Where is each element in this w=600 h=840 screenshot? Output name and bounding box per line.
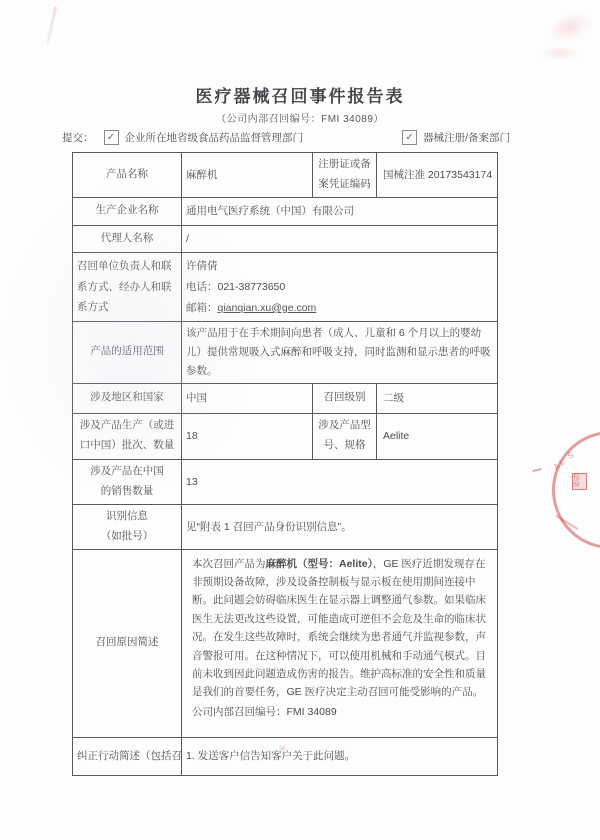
manufacturer-value: 通用电气医疗系统（中国）有限公司	[182, 197, 498, 225]
seal-arc-text: AL S	[552, 440, 600, 496]
recall-reason-value: 本次召回产品为麻醉机（型号：Aelite），GE 医疗近期发现存在非预期设备故障…	[182, 549, 498, 737]
reason-text-rest: ，GE 医疗近期发现存在非预期设备故障，涉及设备控制板与显示板在使用期间连接中断…	[192, 558, 486, 699]
reason-text-prefix: 本次召回产品为	[192, 558, 266, 570]
contact-email-line: 邮箱：qianqian.xu@ge.com	[186, 298, 493, 319]
recall-contact-value: 许倩倩 电话：021-38773650 邮箱：qianqian.xu@ge.co…	[182, 252, 498, 321]
product-name-value: 麻醉机	[182, 153, 313, 198]
table-row: 产品名称 麻醉机 注册证或备案凭证编码 国械注准 20173543174	[73, 153, 498, 198]
model-spec-label: 涉及产品型号、规格	[313, 413, 377, 459]
seal-inner-square: 检验	[572, 473, 587, 490]
recall-level-value: 二级	[377, 383, 498, 413]
contact-email-label: 邮箱：	[186, 302, 218, 314]
table-row: 代理人名称 /	[73, 225, 498, 252]
submit-option-province: 提交： ✓ 企业所在地省级食品药品监督管理部门	[62, 130, 303, 145]
recall-report-table: 产品名称 麻醉机 注册证或备案凭证编码 国械注准 20173543174 生产企…	[72, 152, 498, 776]
batch-quantity-value: 18	[182, 413, 313, 459]
recall-level-label: 召回级别	[313, 383, 377, 413]
submit-option-label: 器械注册/备案部门	[423, 130, 510, 145]
table-row: 纠正行动简述（包括召 1. 发送客户信告知客户关于此问题。	[73, 737, 498, 775]
checkmark-icon: ✓	[405, 133, 413, 143]
reason-text-bold: 麻醉机（型号：Aelite）	[266, 558, 373, 570]
identification-value: 见“附表 1 召回产品身份识别信息”。	[182, 504, 498, 549]
page-title: 医疗器械召回事件报告表	[0, 82, 600, 107]
checkbox-registration-dept[interactable]: ✓	[402, 130, 417, 145]
red-stamp-seal	[552, 431, 600, 549]
identification-label-line1: 识别信息	[77, 507, 177, 527]
model-spec-value: Aelite	[377, 413, 498, 459]
table-row: 涉及产品在中国的销售数量 13	[73, 459, 498, 504]
submit-label: 提交：	[62, 130, 94, 145]
table-row: 召回单位负责人和联系方式、经办人和联系方式 许倩倩 电话：021-3877365…	[73, 252, 498, 321]
table-row: 生产企业名称 通用电气医疗系统（中国）有限公司	[73, 197, 498, 225]
scan-artifact-red-mark	[532, 468, 543, 478]
registration-cert-value: 国械注准 20173543174	[377, 153, 498, 198]
china-sales-label: 涉及产品在中国的销售数量	[73, 459, 182, 504]
table-row: 产品的适用范围 该产品用于在手术期间向患者（成人、儿童和 6 个月以上的婴幼儿）…	[73, 321, 498, 383]
table-row: 召回原因简述 本次召回产品为麻醉机（型号：Aelite），GE 医疗近期发现存在…	[73, 549, 498, 737]
scan-artifact-stroke	[46, 6, 57, 46]
submit-to-row: 提交： ✓ 企业所在地省级食品药品监督管理部门 ✓ 器械注册/备案部门	[62, 130, 510, 145]
checkbox-province-authority[interactable]: ✓	[104, 130, 119, 145]
identification-label-line2: （如批号）	[77, 527, 177, 547]
recall-contact-label: 召回单位负责人和联系方式、经办人和联系方式	[73, 252, 182, 321]
contact-email-link[interactable]: qianqian.xu@ge.com	[218, 302, 317, 314]
table-row: 识别信息 （如批号） 见“附表 1 召回产品身份识别信息”。	[73, 504, 498, 549]
table-row: 涉及地区和国家 中国 召回级别 二级	[73, 383, 498, 413]
region-label: 涉及地区和国家	[73, 383, 182, 413]
scope-label: 产品的适用范围	[73, 321, 182, 383]
manufacturer-label: 生产企业名称	[73, 197, 182, 225]
corrective-action-value: 1. 发送客户信告知客户关于此问题。	[182, 737, 498, 775]
scan-artifact-smudge	[545, 8, 595, 46]
identification-label: 识别信息 （如批号）	[73, 504, 182, 549]
contact-phone: 电话：021-38773650	[186, 277, 493, 298]
checkmark-icon: ✓	[107, 133, 115, 143]
corrective-action-label: 纠正行动简述（包括召	[73, 737, 182, 775]
seal-arc-fragment	[555, 508, 582, 530]
registration-cert-label: 注册证或备案凭证编码	[313, 153, 377, 198]
region-value: 中国	[182, 383, 313, 413]
product-name-label: 产品名称	[73, 153, 182, 198]
agent-name-label: 代理人名称	[73, 225, 182, 252]
china-sales-value: 13	[182, 459, 498, 504]
page-subtitle: （公司内部召回编号：FMI 34089）	[0, 110, 600, 125]
table-row: 涉及产品生产（或进口中国）批次、数量 18 涉及产品型号、规格 Aelite	[73, 413, 498, 459]
internal-recall-code: 公司内部召回编号：FMI 34089	[192, 703, 489, 721]
recall-reason-label: 召回原因简述	[73, 549, 182, 737]
agent-name-value: /	[182, 225, 498, 252]
scope-value: 该产品用于在手术期间向患者（成人、儿童和 6 个月以上的婴幼儿）提供常规吸入式麻…	[182, 321, 498, 383]
scan-artifact-smudge	[540, 46, 580, 60]
submit-option-label: 企业所在地省级食品药品监督管理部门	[125, 130, 304, 145]
scanned-report-page: 医疗器械召回事件报告表 （公司内部召回编号：FMI 34089） 提交： ✓ 企…	[0, 0, 600, 840]
submit-option-registration: ✓ 器械注册/备案部门	[402, 130, 510, 145]
batch-quantity-label: 涉及产品生产（或进口中国）批次、数量	[73, 413, 182, 459]
contact-person: 许倩倩	[186, 256, 493, 277]
